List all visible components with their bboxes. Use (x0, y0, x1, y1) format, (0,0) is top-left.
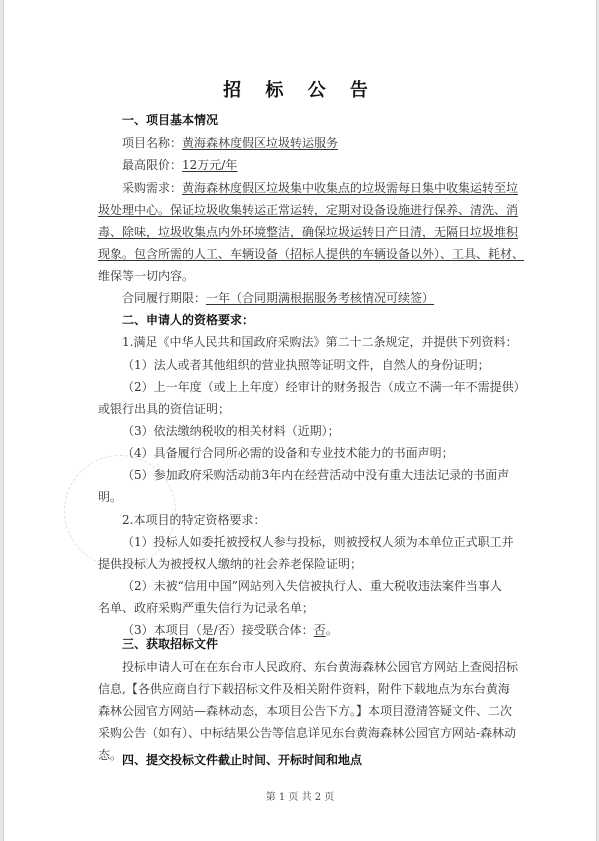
consortium-label: （3）本项目（是/否）接受联合体： (122, 623, 314, 637)
document-page: 招 标 公 告 一、项目基本情况 项目名称：黄海森林度假区垃圾转运服务 最高限价… (3, 0, 597, 841)
requirement-line: 毒、除味，垃圾收集点内外环境整洁，确保垃圾运转日产日清，无隔日垃圾堆积 (98, 224, 518, 240)
section-2-heading: 二、申请人的资格要求： (122, 312, 254, 328)
requirement-label: 采购需求： (122, 181, 182, 195)
project-name-row: 项目名称：黄海森林度假区垃圾转运服务 (122, 135, 338, 151)
project-name-value: 黄海森林度假区垃圾转运服务 (182, 136, 338, 150)
special-requirement: 名单、政府采购严重失信行为记录名单； (98, 600, 314, 616)
section-4-heading: 四、提交投标文件截止时间、开标时间和地点 (122, 752, 362, 768)
qualification-sub-item: 或银行出具的资信证明； (98, 401, 230, 417)
page-number-footer: 第 1 页 共 2 页 (4, 788, 596, 803)
requirement-line: 维保等一切内容。 (98, 268, 194, 284)
qualification-item-1: 1.满足《中华人民共和国政府采购法》第二十二条规定，并提供下列资料： (122, 334, 517, 350)
consortium-end: 。 (326, 623, 338, 637)
section-3-line: 投标申请人可在在东台市人民政府、东台黄海森林公园官方网站上查阅招标 (122, 659, 518, 675)
section-3-line: 信息,【各供应商自行下载招标文件及相关附件资料，附件下载地点为东台黄海 (98, 681, 510, 697)
requirement-line: 黄海森林度假区垃圾集中收集点的垃圾需每日集中收集运转至垃 (182, 181, 518, 195)
max-price-label: 最高限价： (122, 158, 182, 172)
special-requirement: 提供投标人为被授权人缴纳的社会养老保险证明； (98, 556, 362, 572)
consortium-value: 否 (314, 623, 326, 637)
qualification-sub-item: （2）上一年度（或上上年度）经审计的财务报告（成立不满一年不需提供） (122, 379, 526, 395)
qualification-sub-item: （5）参加政府采购活动前3年内在经营活动中没有重大违法记录的书面声 (122, 467, 509, 483)
contract-term-label: 合同履行期限： (122, 291, 206, 305)
section-1-heading: 一、项目基本情况 (122, 112, 218, 128)
special-requirement: （2）未被“信用中国”网站列入失信被执行人、重大税收违法案件当事人 (122, 578, 502, 594)
project-name-label: 项目名称： (122, 136, 182, 150)
document-title: 招 标 公 告 (4, 76, 596, 102)
qualification-item-2: 2.本项目的特定资格要求： (122, 512, 265, 528)
contract-term-value: 一年（合同期满根据服务考核情况可续签） (206, 291, 434, 305)
qualification-sub-item: 明。 (98, 489, 122, 505)
max-price-row: 最高限价：12万元/年 (122, 157, 237, 173)
requirement-row: 采购需求：黄海森林度假区垃圾集中收集点的垃圾需每日集中收集运转至垃 (122, 180, 518, 196)
section-3-line: 森林公园官方网站—森林动态，本项目公告下方。】本项目澄清答疑文件、二次 (98, 703, 512, 719)
qualification-sub-item: （3）依法缴纳税收的相关材料（近期）； (122, 423, 340, 439)
contract-term-row: 合同履行期限：一年（合同期满根据服务考核情况可续签） (122, 290, 434, 306)
section-3-line: 采购公告（如有）、中标结果公告等信息详见东台黄海森林公园官方网站-森林动 (98, 725, 516, 741)
special-requirement: （1）投标人如委托被授权人参与投标，则被授权人须为本单位正式职工并 (122, 534, 514, 550)
section-3-line: 态。 (98, 747, 122, 763)
qualification-sub-item: （4）具备履行合同所必需的设备和专业技术能力的书面声明； (122, 445, 454, 461)
section-3-heading: 三、获取招标文件 (122, 636, 218, 652)
requirement-line: 圾处理中心。保证垃圾收集转运正常运转，定期对设备设施进行保养、清洗、消 (98, 202, 518, 218)
qualification-sub-item: （1）法人或者其他组织的营业执照等证明文件，自然人的身份证明； (122, 357, 490, 373)
max-price-value: 12万元/年 (182, 158, 237, 172)
requirement-line: 现象。包含所需的人工、车辆设备（招标人提供的车辆设备以外）、工具、耗材、 (98, 246, 518, 262)
